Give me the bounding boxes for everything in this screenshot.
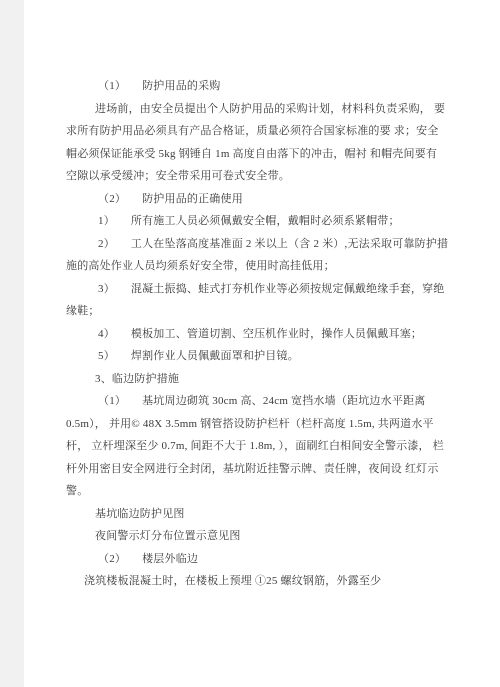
doc-line: 5）焊割作业人员佩戴面罩和护目镜。	[66, 345, 438, 368]
doc-line: （2）楼层外临边	[66, 548, 438, 571]
line-text: 0.5m）， 并用© 48X 3.5mm 钢管搭设防护栏杆（栏杆高度 1.5m,…	[66, 418, 434, 430]
line-label: （1）	[98, 80, 126, 92]
line-label: （1）	[98, 395, 126, 407]
document-body: （1）防护用品的采购 进场前，由安全员提出个人防护用品的采购计划，材料科负责采购…	[66, 75, 438, 593]
line-text: 模板加工、管道切割、空压机作业时，操作人员佩戴耳塞；	[131, 328, 422, 340]
line-text: 基坑周边砌筑 30cm 高、24cm 宽挡水墙（距坑边水平距离	[142, 395, 425, 407]
line-text: 缘鞋；	[66, 305, 100, 317]
line-text: 防护用品的采购	[142, 80, 220, 92]
doc-line: 4）模板加工、管道切割、空压机作业时，操作人员佩戴耳塞；	[66, 323, 438, 346]
doc-line: 杆外用密目安全网进行全封闭，基坑附近挂警示牌、责任牌，夜间设 红灯示	[66, 458, 438, 481]
line-text: 所有施工人员必须佩戴安全帽，戴帽时必须系紧帽带；	[131, 215, 400, 227]
doc-line: 杆， 立杆埋深至少 0.7m, 间距不大于 1.8m, ），面刷红白相间安全警示…	[66, 435, 438, 458]
doc-line: 警。	[66, 480, 438, 503]
line-text: 焊割作业人员佩戴面罩和护目镜。	[131, 350, 299, 362]
doc-line: 基坑临边防护见图	[66, 503, 438, 526]
doc-line: 施的高处作业人员均须系好安全带，使用时高挂低用；	[66, 255, 438, 278]
doc-line: （1）防护用品的采购	[66, 75, 438, 98]
doc-line: （2）防护用品的正确使用	[66, 188, 438, 211]
line-text: 混凝土振捣、蛙式打夯机作业等必须按规定佩戴绝缘手套，穿绝	[131, 283, 445, 295]
line-text: 杆外用密目安全网进行全封闭，基坑附近挂警示牌、责任牌，夜间设 红灯示	[66, 463, 439, 475]
line-text: 工人在坠落高度基准面 2 米以上（含 2 米）,无法采取可靠防护措	[131, 238, 448, 250]
line-text: 警。	[66, 485, 88, 497]
doc-line: 1）所有施工人员必须佩戴安全帽，戴帽时必须系紧帽带；	[66, 210, 438, 233]
line-label: 4）	[98, 328, 115, 340]
line-text: 夜间警示灯分布位置示意见图	[95, 530, 241, 542]
doc-line: 夜间警示灯分布位置示意见图	[66, 525, 438, 548]
line-text: 进场前，由安全员提出个人防护用品的采购计划，材料科负责采购， 要	[95, 103, 445, 115]
line-text: 楼层外临边	[142, 553, 198, 565]
doc-line: 帽必须保证能承受 5kg 钢锤自 1m 高度自由落下的冲击，帽衬 和帽壳间要有	[66, 143, 438, 166]
doc-line: 进场前，由安全员提出个人防护用品的采购计划，材料科负责采购， 要	[66, 98, 438, 121]
document-page: （1）防护用品的采购 进场前，由安全员提出个人防护用品的采购计划，材料科负责采购…	[0, 0, 500, 687]
line-text: 浇筑楼板混凝土时，在楼板上预埋 ①25 螺纹钢筋，外露至少	[84, 575, 381, 587]
line-text: 施的高处作业人员均须系好安全带，使用时高挂低用；	[66, 260, 335, 272]
doc-line: 浇筑楼板混凝土时，在楼板上预埋 ①25 螺纹钢筋，外露至少	[66, 570, 438, 593]
line-text: 杆， 立杆埋深至少 0.7m, 间距不大于 1.8m, ），面刷红白相间安全警示…	[66, 440, 444, 452]
doc-line: 2）工人在坠落高度基准面 2 米以上（含 2 米）,无法采取可靠防护措	[66, 233, 438, 256]
line-text: 求所有防护用品必须具有产品合格证，质量必须符合国家标准的要 求；安全	[66, 125, 439, 137]
doc-line: （1）基坑周边砌筑 30cm 高、24cm 宽挡水墙（距坑边水平距离	[66, 390, 438, 413]
doc-line: 空隙以承受缓冲；安全带采用可卷式安全带。	[66, 165, 438, 188]
line-label: 1）	[98, 215, 115, 227]
line-label: （2）	[98, 193, 126, 205]
line-label: 2）	[98, 238, 115, 250]
line-label: 3）	[98, 283, 115, 295]
page-left-edge	[0, 0, 24, 687]
doc-line: 3）混凝土振捣、蛙式打夯机作业等必须按规定佩戴绝缘手套，穿绝	[66, 278, 438, 301]
doc-line: 3、临边防护措施	[66, 368, 438, 391]
line-text: 3、临边防护措施	[95, 373, 179, 385]
line-text: 基坑临边防护见图	[95, 508, 185, 520]
line-label: （2）	[98, 553, 126, 565]
line-text: 帽必须保证能承受 5kg 钢锤自 1m 高度自由落下的冲击，帽衬 和帽壳间要有	[66, 148, 437, 160]
doc-line: 0.5m）， 并用© 48X 3.5mm 钢管搭设防护栏杆（栏杆高度 1.5m,…	[66, 413, 438, 436]
doc-line: 求所有防护用品必须具有产品合格证，质量必须符合国家标准的要 求；安全	[66, 120, 438, 143]
line-text: 空隙以承受缓冲；安全带采用可卷式安全带。	[66, 170, 290, 182]
line-label: 5）	[98, 350, 115, 362]
line-text: 防护用品的正确使用	[142, 193, 243, 205]
doc-line: 缘鞋；	[66, 300, 438, 323]
